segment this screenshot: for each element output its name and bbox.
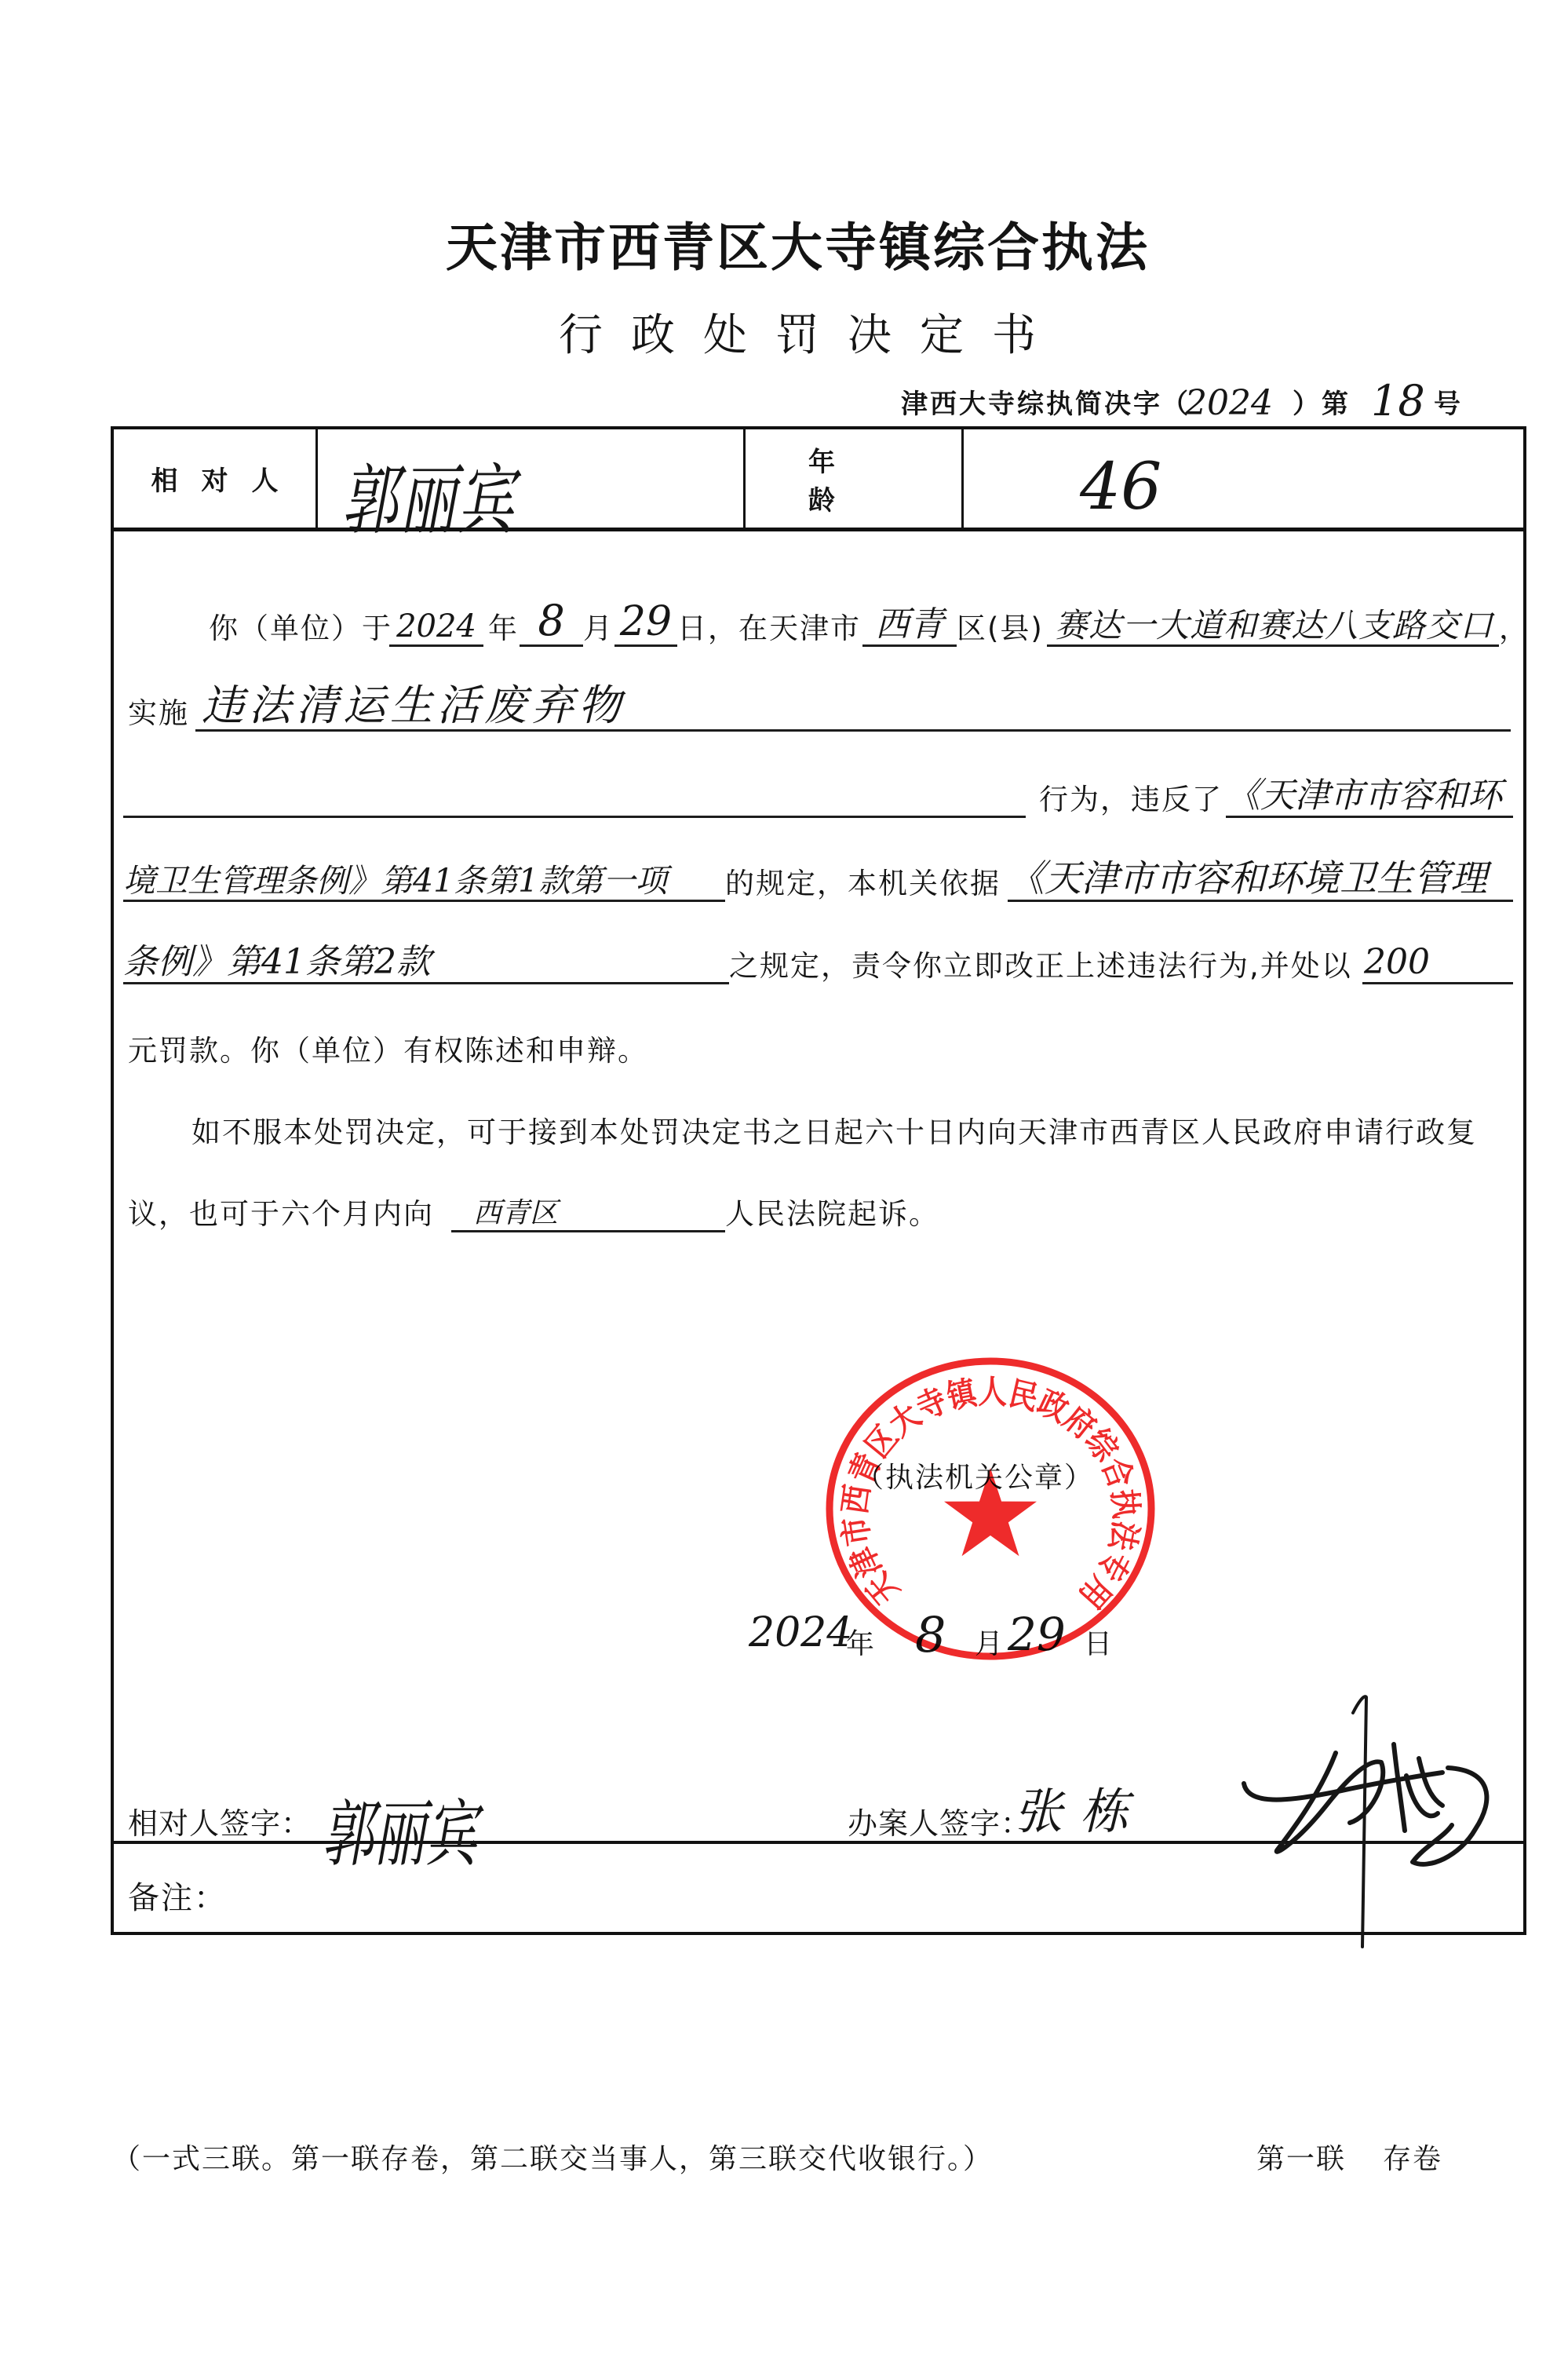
- basis-law-2: 条例》第41条第2款: [123, 945, 431, 980]
- reference-year: 2024: [1185, 386, 1293, 422]
- violation-district-unit: 区(县): [957, 614, 1047, 647]
- party-info-row: 相对人 郭丽宾 年龄 46: [114, 429, 1523, 531]
- violation-location: 赛达一大道和赛达八支路交口: [1047, 609, 1493, 642]
- party-name-value: 郭丽宾: [341, 439, 516, 549]
- violated-label: 行为，违反了: [1026, 785, 1226, 818]
- violation-month-unit: 月: [583, 614, 614, 647]
- appeal-text-1: 如不服本处罚决定，可于接到本处罚决定书之日起六十日内向天津市西青区人民政府申请行…: [191, 1118, 1477, 1151]
- fine-unit-and-rights: 元罚款。你（单位）有权陈述和申辩。: [128, 1036, 648, 1069]
- violation-location-end: ，: [1499, 614, 1522, 647]
- reference-number-value: 18: [1371, 380, 1434, 422]
- appeal-line-1: 如不服本处罚决定，可于接到本处罚决定书之日起六十日内向天津市西青区人民政府申请行…: [191, 1096, 1477, 1151]
- seal-ring-text: 天津市西青区大寺镇人民政府综合执法专用章: [816, 1350, 1146, 1616]
- violation-day: 29: [620, 601, 672, 642]
- penalty-line: 条例》第41条第2款 之规定，责令你立即改正上述违法行为,并处以 200: [123, 929, 1513, 984]
- fine-amount: 200: [1362, 945, 1430, 980]
- appeal-text-2-suffix: 人民法院起诉。: [725, 1199, 925, 1232]
- appeal-text-2-prefix: 议，也可于六个月内向: [128, 1199, 451, 1232]
- party-name-cell: 郭丽宾: [318, 429, 746, 528]
- seal-star-icon: [944, 1468, 1037, 1556]
- party-signature: 郭丽宾: [322, 1776, 477, 1880]
- officer-signature-label: 办案人签字：: [848, 1799, 1031, 1842]
- reference-open-paren: （: [1161, 391, 1185, 422]
- violation-district-field: 西青: [862, 608, 957, 647]
- basis-law-field-1: 《天津市市容和环境卫生管理: [1008, 860, 1513, 902]
- violation-month-field: 8: [520, 600, 583, 647]
- violation-act: 违法清运生活废弃物: [195, 685, 625, 727]
- penalty-decision-document: 天津市西青区大寺镇综合执法 行政处罚决定书 津西大寺综执简决字 （ 2024 ）…: [0, 0, 1568, 2355]
- basis-law-1: 《天津市市容和环境卫生管理: [1008, 860, 1487, 897]
- violation-location-field: 赛达一大道和赛达八支路交口: [1047, 609, 1499, 647]
- seal-ring-text-path: 天津市西青区大寺镇人民政府综合执法专用章: [816, 1350, 1146, 1616]
- party-age-cell: 46: [964, 429, 1523, 528]
- reference-prefix: 津西大寺综执简决字: [901, 391, 1161, 422]
- reference-close-paren-di: ）第: [1293, 391, 1371, 422]
- party-signature-label: 相对人签字：: [128, 1799, 312, 1842]
- basis-label: 的规定，本机关依据: [725, 869, 1008, 902]
- party-age-label: 年龄: [746, 440, 961, 517]
- party-name-label-cell: 相对人: [114, 429, 318, 528]
- violation-act-field: 违法清运生活废弃物: [195, 685, 1511, 732]
- party-age-value: 46: [1080, 450, 1161, 524]
- violation-act-line: 实施 违法清运生活废弃物: [128, 677, 1511, 732]
- violation-date-place-line: 你（单位）于 2024 年 8 月 29 日，在天津市 西青 区(县) 赛达一大…: [209, 592, 1522, 647]
- violation-act-continuation-field: [123, 813, 1026, 818]
- violation-day-unit: 日，在天津市: [677, 614, 862, 647]
- remarks-label: 备注：: [128, 1873, 227, 1918]
- copy-number: 第一联: [1256, 2137, 1346, 2177]
- violation-year-field: 2024: [389, 611, 483, 647]
- penalty-label: 之规定，责令你立即改正上述违法行为,并处以: [729, 951, 1362, 984]
- violation-act-label: 实施: [128, 699, 195, 732]
- violated-law-line-2: 境卫生管理条例》第41条第1款第一项 的规定，本机关依据 《天津市市容和环境卫生…: [123, 847, 1513, 902]
- violation-day-field: 29: [614, 601, 677, 647]
- appeal-line-2: 议，也可于六个月内向 西青区 人民法院起诉。: [128, 1177, 925, 1232]
- copy-purpose: 存卷: [1383, 2137, 1442, 2177]
- document-subtitle: 行政处罚决定书: [559, 312, 1064, 360]
- reference-number: 津西大寺综执简决字 （ 2024 ）第 18 号: [901, 382, 1466, 422]
- appeal-court: 西青区: [451, 1199, 558, 1228]
- violation-month: 8: [538, 600, 564, 642]
- violated-law-2: 境卫生管理条例》第41条第1款第一项: [123, 865, 667, 897]
- reference-suffix: 号: [1434, 391, 1466, 422]
- fine-rights-line: 元罚款。你（单位）有权陈述和申辩。: [128, 1014, 648, 1069]
- party-age-label-cell: 年龄: [746, 429, 964, 528]
- violated-law-line-1: 行为，违反了 《天津市市容和环: [123, 763, 1513, 818]
- official-seal: 天津市西青区大寺镇人民政府综合执法专用章: [816, 1350, 1169, 1680]
- basis-law-field-2: 条例》第41条第2款: [123, 945, 729, 984]
- violation-year: 2024: [396, 611, 476, 642]
- officer-signature-1: 张栋: [1014, 1773, 1146, 1842]
- violation-intro: 你（单位）于: [209, 614, 389, 647]
- party-name-label: 相对人: [128, 459, 302, 498]
- violation-district: 西青: [875, 608, 944, 642]
- violated-law-field-1: 《天津市市容和环: [1226, 779, 1513, 818]
- document-title: 天津市西青区大寺镇综合执法: [446, 220, 1150, 276]
- violation-year-unit: 年: [483, 614, 520, 647]
- copies-note: （一式三联。第一联存卷，第二联交当事人，第三联交代收银行。）: [112, 2137, 993, 2177]
- appeal-court-field: 西青区: [451, 1199, 725, 1232]
- violated-law-field-2: 境卫生管理条例》第41条第1款第一项: [123, 865, 725, 902]
- violated-law-1: 《天津市市容和环: [1226, 779, 1502, 813]
- fine-amount-field: 200: [1362, 945, 1513, 984]
